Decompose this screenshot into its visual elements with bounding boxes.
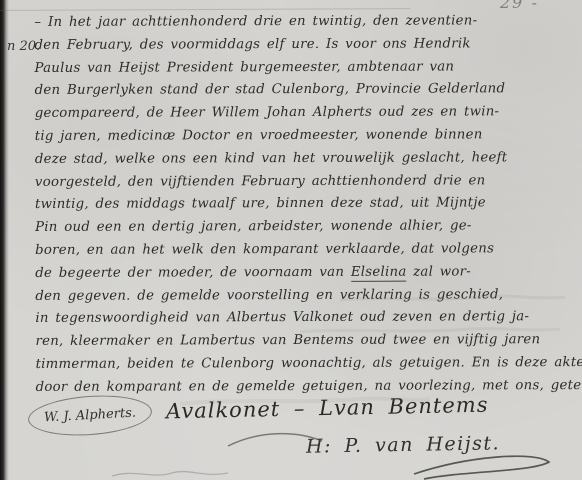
scanned-register-page: 29 - n 20. – In het jaar achttienhonderd… (0, 0, 582, 480)
binding-edge (0, 0, 9, 480)
flourish-stroke (414, 456, 549, 479)
signature-van-heijst: H: P. van Heijst. (306, 432, 500, 457)
act-line: ren, kleermaker en Lambertus van Bentems… (35, 329, 575, 354)
act-line: – In het jaar achttienhonderd drie en tw… (34, 10, 574, 35)
act-line: deze stad, welke ons een kind van het vr… (35, 147, 575, 172)
act-line: tig jaren, medicinæ Doctor en vroedmeest… (35, 124, 575, 149)
act-line: den gegeven. de gemelde voorstelling en … (35, 284, 575, 309)
signature-alpherts: W. J. Alpherts. (44, 406, 137, 426)
act-line: Paulus van Heijst President burgemeester… (34, 56, 574, 81)
child-name-underlined: Elselina (351, 264, 407, 281)
faint-next-line (112, 472, 228, 476)
act-line-child-name: de begeerte der moeder, de voornaam van … (35, 261, 575, 286)
act-line: den Burgerlyken stand der stad Culenborg… (35, 78, 575, 103)
act-line: Pin oud een en dertig jaren, arbeidster,… (35, 215, 575, 240)
name-line-post: zal wor- (406, 264, 471, 279)
act-line: in tegenswoordigheid van Albertus Valkon… (35, 306, 575, 331)
act-line: gecompareerd, de Heer Willem Johan Alphe… (35, 101, 575, 126)
act-line: den February, des voormiddags elf ure. I… (34, 33, 574, 58)
name-line-pre: de begeerte der moeder, de voornaam van (35, 265, 351, 281)
act-line: twintig, des middags twaalf ure, binnen … (35, 192, 575, 217)
act-line: timmerman, beiden te Culenborg woonachti… (36, 352, 576, 377)
act-body-text: – In het jaar achttienhonderd drie en tw… (34, 10, 575, 399)
act-line: voorgesteld, den vijftienden February ac… (35, 170, 575, 195)
act-line: boren, en aan het welk den komparant ver… (35, 238, 575, 263)
